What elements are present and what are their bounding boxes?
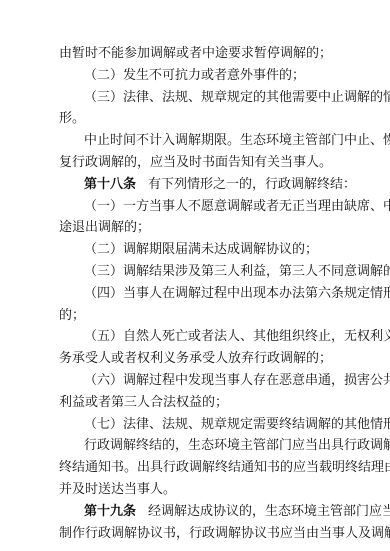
text-line: （二）调解期限届满未达成调解协议的；: [59, 239, 335, 261]
text-line: （五）自然人死亡或者法人、其他组织终止，无权利义: [59, 326, 335, 348]
text-line: 行政调解终结的，生态环境主管部门应当出具行政调解: [59, 435, 335, 457]
text-line: （六）调解过程中发现当事人存在恶意串通，损害公共: [59, 370, 335, 392]
text-line: 途退出调解的；: [59, 217, 335, 239]
article-19-heading: 第十九条经调解达成协议的，生态环境主管部门应当: [59, 501, 335, 523]
text-line: （二）发生不可抗力或者意外事件的；: [59, 65, 335, 87]
text-line: （一）一方当事人不愿意调解或者无正当理由缺席、中: [59, 196, 335, 218]
text-line: 务承受人或者权利义务承受人放弃行政调解的；: [59, 348, 335, 370]
text-line: （四）当事人在调解过程中出现本办法第六条规定情形: [59, 283, 335, 305]
text-line: 并及时送达当事人。: [59, 479, 335, 501]
article-text: 有下列情形之一的，行政调解终结：: [148, 177, 356, 192]
text-line: （三）调解结果涉及第三人利益，第三人不同意调解的；: [59, 261, 335, 283]
text-line: 形。: [59, 108, 335, 130]
text-line: 终结通知书。出具行政调解终结通知书的应当载明终结理由，: [59, 457, 335, 479]
text-line: 制作行政调解协议书，行政调解协议书应当由当事人及调解: [59, 523, 335, 545]
text-line: （三）法律、法规、规章规定的其他需要中止调解的情: [59, 87, 335, 109]
document-page: 由暂时不能参加调解或者中途要求暂停调解的； （二）发生不可抗力或者意外事件的； …: [0, 0, 390, 551]
article-text: 经调解达成协议的，生态环境主管部门应当: [148, 504, 390, 519]
text-line: （七）法律、法规、规章规定需要终结调解的其他情形。: [59, 414, 335, 436]
article-number: 第十八条: [84, 177, 136, 192]
text-line: 利益或者第三人合法权益的；: [59, 392, 335, 414]
article-18-heading: 第十八条有下列情形之一的，行政调解终结：: [59, 174, 335, 196]
text-line: 复行政调解的，应当及时书面告知有关当事人。: [59, 152, 335, 174]
text-line: 的；: [59, 305, 335, 327]
article-number: 第十九条: [84, 504, 136, 519]
document-body: 由暂时不能参加调解或者中途要求暂停调解的； （二）发生不可抗力或者意外事件的； …: [59, 43, 335, 544]
text-line: 由暂时不能参加调解或者中途要求暂停调解的；: [59, 43, 335, 65]
text-line: 中止时间不计入调解期限。生态环境主管部门中止、恢: [59, 130, 335, 152]
